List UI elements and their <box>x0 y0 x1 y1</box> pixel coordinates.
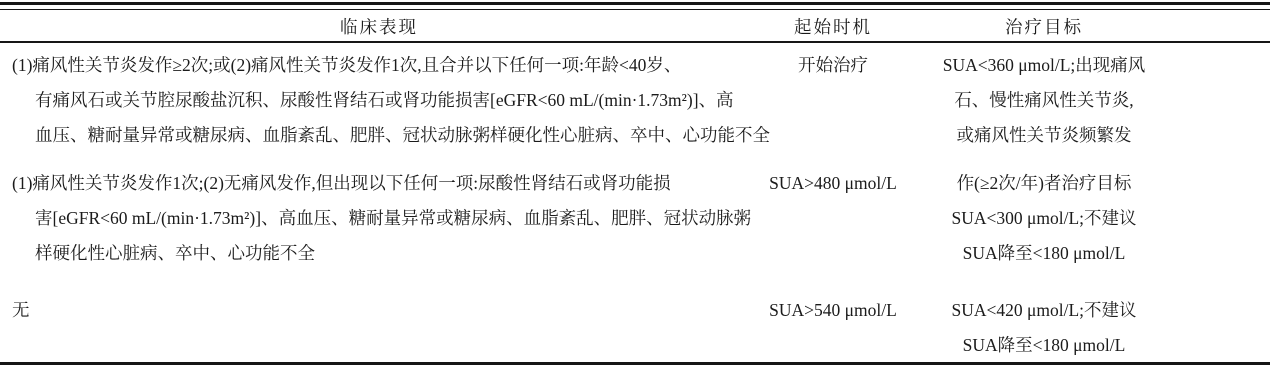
goal-lines-a: SUA<360 μmol/L;出现痛风 石、慢性痛风性关节炎, 或痛风性关节炎频… <box>908 48 1180 153</box>
clinical-row-3: 无 <box>12 293 758 328</box>
column-header-timing: 起始时机 <box>758 14 908 39</box>
spacer-line <box>758 83 908 118</box>
goal-cell-merged: SUA<360 μmol/L;出现痛风 石、慢性痛风性关节炎, 或痛风性关节炎频… <box>908 48 1270 271</box>
text-line: SUA<300 μmol/L;不建议 <box>908 201 1180 236</box>
text-line: 有痛风石或关节腔尿酸盐沉积、尿酸性肾结石或肾功能损害[eGFR<60 mL/(m… <box>12 83 758 118</box>
column-header-goal: 治疗目标 <box>908 14 1270 39</box>
clinical-cell: 无 <box>0 293 758 363</box>
timing-cell: 开始治疗 SUA>480 μmol/L <box>758 48 908 271</box>
text-line: 血压、糖耐量异常或糖尿病、血脂紊乱、肥胖、冠状动脉粥样硬化性心脏病、卒中、心功能… <box>12 118 758 153</box>
clinical-cell: (1)痛风性关节炎发作≥2次;或(2)痛风性关节炎发作1次,且合并以下任何一项:… <box>0 48 758 271</box>
text-line: 作(≥2次/年)者治疗目标 <box>908 166 1180 201</box>
text-line: (1)痛风性关节炎发作≥2次;或(2)痛风性关节炎发作1次,且合并以下任何一项:… <box>12 48 758 83</box>
text-line: (1)痛风性关节炎发作1次;(2)无痛风发作,但出现以下任何一项:尿酸性肾结石或… <box>12 166 758 201</box>
table-header-row: 临床表现 起始时机 治疗目标 <box>0 11 1270 41</box>
timing-row-3: SUA>540 μmol/L <box>758 293 908 328</box>
text-line: 无 <box>12 293 758 328</box>
text-line: SUA>480 μmol/L <box>758 166 908 201</box>
text-line: 开始治疗 <box>758 48 908 83</box>
timing-row-2: SUA>480 μmol/L <box>758 166 908 271</box>
text-line: SUA降至<180 μmol/L <box>908 236 1180 271</box>
text-line: 石、慢性痛风性关节炎, <box>908 83 1180 118</box>
text-line: SUA>540 μmol/L <box>758 293 908 328</box>
goal-lines-b: 作(≥2次/年)者治疗目标 SUA<300 μmol/L;不建议 SUA降至<1… <box>908 166 1180 271</box>
table-row-group-1-2: (1)痛风性关节炎发作≥2次;或(2)痛风性关节炎发作1次,且合并以下任何一项:… <box>0 48 1270 271</box>
text-line: SUA<420 μmol/L;不建议 <box>908 293 1180 328</box>
clinical-row-1: (1)痛风性关节炎发作≥2次;或(2)痛风性关节炎发作1次,且合并以下任何一项:… <box>12 48 758 153</box>
table-row-3: 无 SUA>540 μmol/L SUA<420 μmol/L;不建议 SUA降… <box>0 293 1270 363</box>
goal-cell-row-3: SUA<420 μmol/L;不建议 SUA降至<180 μmol/L <box>908 293 1270 363</box>
timing-row-1: 开始治疗 <box>758 48 908 153</box>
column-header-clinical: 临床表现 <box>0 14 758 39</box>
goal-lines-row-3: SUA<420 μmol/L;不建议 SUA降至<180 μmol/L <box>908 293 1180 363</box>
clinical-row-2: (1)痛风性关节炎发作1次;(2)无痛风发作,但出现以下任何一项:尿酸性肾结石或… <box>12 166 758 271</box>
text-line: 样硬化性心脏病、卒中、心功能不全 <box>12 236 758 271</box>
spacer-line <box>758 118 908 153</box>
guideline-table-page: 临床表现 起始时机 治疗目标 (1)痛风性关节炎发作≥2次;或(2)痛风性关节炎… <box>0 0 1270 381</box>
spacer-line <box>758 201 908 236</box>
text-line: 害[eGFR<60 mL/(min·1.73m²)]、高血压、糖耐量异常或糖尿病… <box>12 201 758 236</box>
spacer-line <box>758 236 908 271</box>
table-body: (1)痛风性关节炎发作≥2次;或(2)痛风性关节炎发作1次,且合并以下任何一项:… <box>0 42 1270 363</box>
table-top-rule-thick <box>0 2 1270 5</box>
text-line: 或痛风性关节炎频繁发 <box>908 118 1180 153</box>
table-bottom-rule <box>0 362 1270 365</box>
text-line: SUA降至<180 μmol/L <box>908 328 1180 363</box>
timing-cell: SUA>540 μmol/L <box>758 293 908 363</box>
text-line: SUA<360 μmol/L;出现痛风 <box>908 48 1180 83</box>
